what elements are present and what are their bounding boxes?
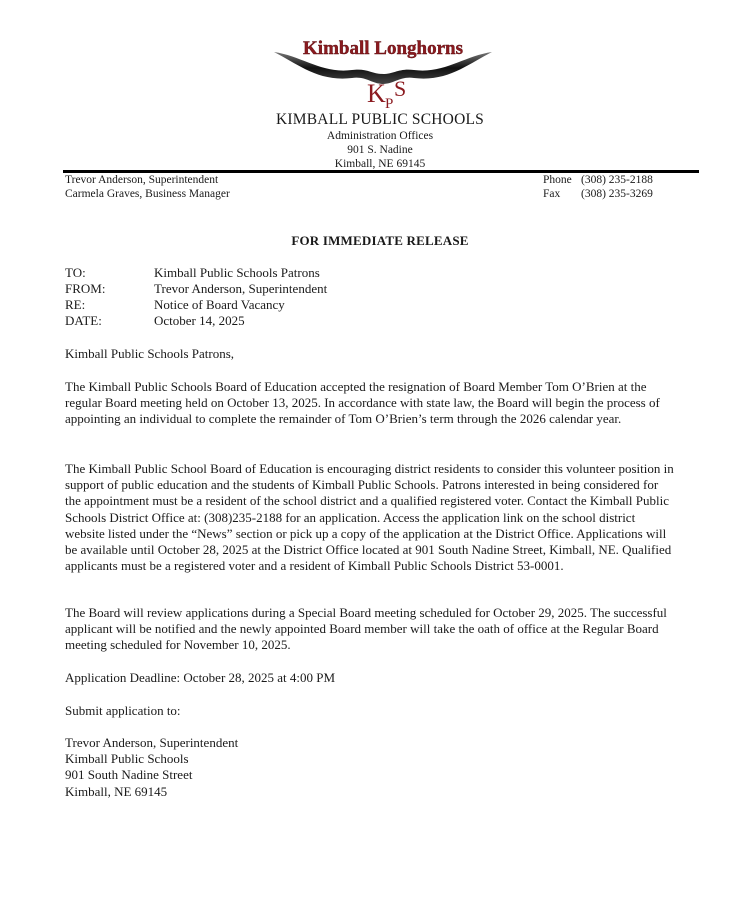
paragraph-resignation: The Kimball Public Schools Board of Educ… — [65, 379, 675, 428]
svg-text:S: S — [394, 76, 406, 101]
memo-block: TO: Kimball Public Schools Patrons FROM:… — [65, 265, 327, 329]
salutation: Kimball Public Schools Patrons, — [65, 346, 675, 362]
staff-list: Trevor Anderson, Superintendent Carmela … — [65, 173, 230, 201]
memo-from-label: FROM: — [65, 281, 154, 297]
memo-to: TO: Kimball Public Schools Patrons — [65, 265, 327, 281]
staff-superintendent: Trevor Anderson, Superintendent — [65, 173, 230, 187]
paragraph-eligibility: The Kimball Public School Board of Educa… — [65, 461, 675, 574]
memo-to-value: Kimball Public Schools Patrons — [154, 265, 320, 281]
svg-text:K: K — [367, 79, 386, 108]
memo-date-label: DATE: — [65, 313, 154, 329]
submit-instructions: Submit application to: — [65, 703, 675, 719]
sig-street: 901 South Nadine Street — [65, 767, 238, 783]
svg-text:P: P — [385, 96, 393, 110]
memo-re: RE: Notice of Board Vacancy — [65, 297, 327, 313]
memo-date: DATE: October 14, 2025 — [65, 313, 327, 329]
kimball-longhorns-logo: Kimball Longhorns K P S — [272, 34, 494, 110]
submission-address: Trevor Anderson, Superintendent Kimball … — [65, 735, 238, 800]
office-name: Administration Offices — [0, 129, 740, 143]
contact-phone: Phone (308) 235-2188 — [543, 173, 653, 187]
memo-re-label: RE: — [65, 297, 154, 313]
paragraph-review: The Board will review applications durin… — [65, 605, 675, 654]
fax-label: Fax — [543, 187, 581, 201]
contact-fax: Fax (308) 235-3269 — [543, 187, 653, 201]
sig-org: Kimball Public Schools — [65, 751, 238, 767]
release-heading: FOR IMMEDIATE RELEASE — [0, 233, 740, 249]
memo-re-value: Notice of Board Vacancy — [154, 297, 285, 313]
phone-value: (308) 235-2188 — [581, 173, 653, 187]
svg-text:Kimball Longhorns: Kimball Longhorns — [303, 38, 463, 59]
sig-city: Kimball, NE 69145 — [65, 784, 238, 800]
application-deadline: Application Deadline: October 28, 2025 a… — [65, 670, 675, 686]
sig-name: Trevor Anderson, Superintendent — [65, 735, 238, 751]
fax-value: (308) 235-3269 — [581, 187, 653, 201]
memo-from-value: Trevor Anderson, Superintendent — [154, 281, 327, 297]
longhorn-icon: Kimball Longhorns K P S — [272, 34, 494, 110]
office-city: Kimball, NE 69145 — [0, 157, 740, 171]
contact-list: Phone (308) 235-2188 Fax (308) 235-3269 — [543, 173, 653, 201]
staff-business-manager: Carmela Graves, Business Manager — [65, 187, 230, 201]
office-street: 901 S. Nadine — [0, 143, 740, 157]
memo-from: FROM: Trevor Anderson, Superintendent — [65, 281, 327, 297]
org-name: KIMBALL PUBLIC SCHOOLS — [0, 111, 740, 129]
memo-to-label: TO: — [65, 265, 154, 281]
memo-date-value: October 14, 2025 — [154, 313, 245, 329]
phone-label: Phone — [543, 173, 581, 187]
